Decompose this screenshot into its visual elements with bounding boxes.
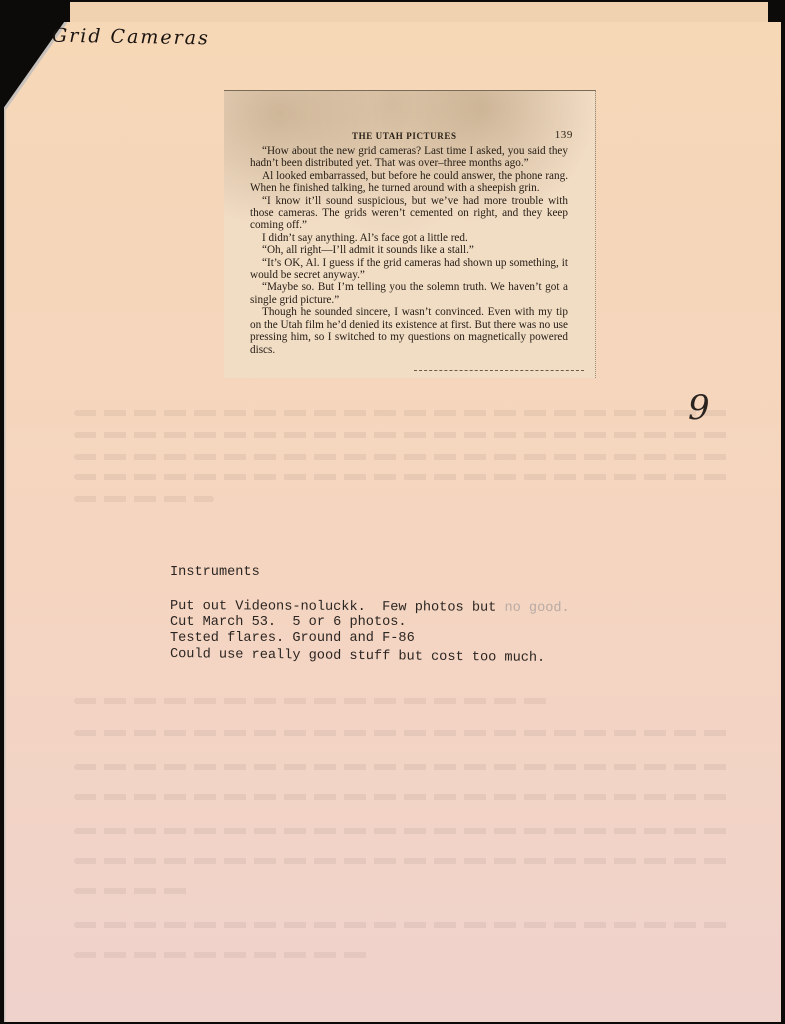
typed-line-faint-text: no good. bbox=[504, 601, 569, 616]
clipping-header: THE UTAH PICTURES 139 bbox=[224, 129, 595, 143]
bleed-through-line bbox=[74, 496, 214, 502]
bleed-through-line bbox=[74, 952, 374, 958]
running-head: THE UTAH PICTURES bbox=[352, 131, 457, 141]
bleed-through-line bbox=[74, 888, 194, 894]
clipping-paragraph: “Maybe so. But I’m telling you the solem… bbox=[250, 281, 568, 306]
bleed-through-line bbox=[74, 410, 734, 416]
clipping-body: “How about the new grid cameras? Last ti… bbox=[250, 145, 568, 356]
bleed-through-line bbox=[74, 730, 734, 736]
bleed-through-line bbox=[74, 794, 734, 800]
handwritten-page-number: 9 bbox=[688, 388, 710, 428]
clipping-cut-line bbox=[414, 370, 584, 371]
typed-line: Cut March 53. 5 or 6 photos. bbox=[170, 615, 570, 631]
typed-line-text: Could use really good stuff but cost too… bbox=[170, 647, 545, 666]
clipping-paragraph: “I know it’ll sound suspicious, but we’v… bbox=[250, 195, 568, 232]
clipping-paragraph: “Oh, all right—I’ll admit it sounds like… bbox=[250, 244, 568, 256]
typed-line: Put out Videons-noluckk. Few photos but … bbox=[170, 599, 570, 617]
bleed-through-line bbox=[74, 858, 734, 864]
clipping-paragraph: Al looked embarrassed, but before he cou… bbox=[250, 170, 568, 195]
clipping-paragraph: “It’s OK, Al. I guess if the grid camera… bbox=[250, 257, 568, 282]
bleed-through-line bbox=[74, 474, 734, 480]
bleed-through-line bbox=[74, 764, 734, 770]
typed-line-text: Tested flares. Ground and F-86 bbox=[170, 631, 415, 646]
bleed-through-line bbox=[74, 922, 734, 928]
bleed-through-line bbox=[74, 828, 734, 834]
bleed-through-line bbox=[74, 698, 554, 704]
clipping-paragraph: I didn’t say anything. Al’s face got a l… bbox=[250, 232, 568, 244]
book-clipping: THE UTAH PICTURES 139 “How about the new… bbox=[224, 90, 596, 378]
clipping-paragraph: Though he sounded sincere, I wasn’t conv… bbox=[250, 306, 568, 356]
bleed-through-line bbox=[74, 432, 734, 438]
typed-line: Tested flares. Ground and F-86 bbox=[170, 631, 570, 647]
bleed-through-line bbox=[74, 454, 734, 460]
typed-line-text: Cut March 53. 5 or 6 photos. bbox=[170, 615, 407, 630]
typed-line-text: Put out Videons-noluckk. Few photos but bbox=[170, 599, 505, 616]
typed-heading: Instruments bbox=[170, 565, 570, 581]
book-page-number: 139 bbox=[555, 129, 573, 141]
clipping-paragraph: “How about the new grid cameras? Last ti… bbox=[250, 145, 568, 170]
typed-notes: Instruments Put out Videons-noluckk. Few… bbox=[170, 565, 570, 663]
handwritten-title: Grid Cameras bbox=[52, 25, 210, 50]
